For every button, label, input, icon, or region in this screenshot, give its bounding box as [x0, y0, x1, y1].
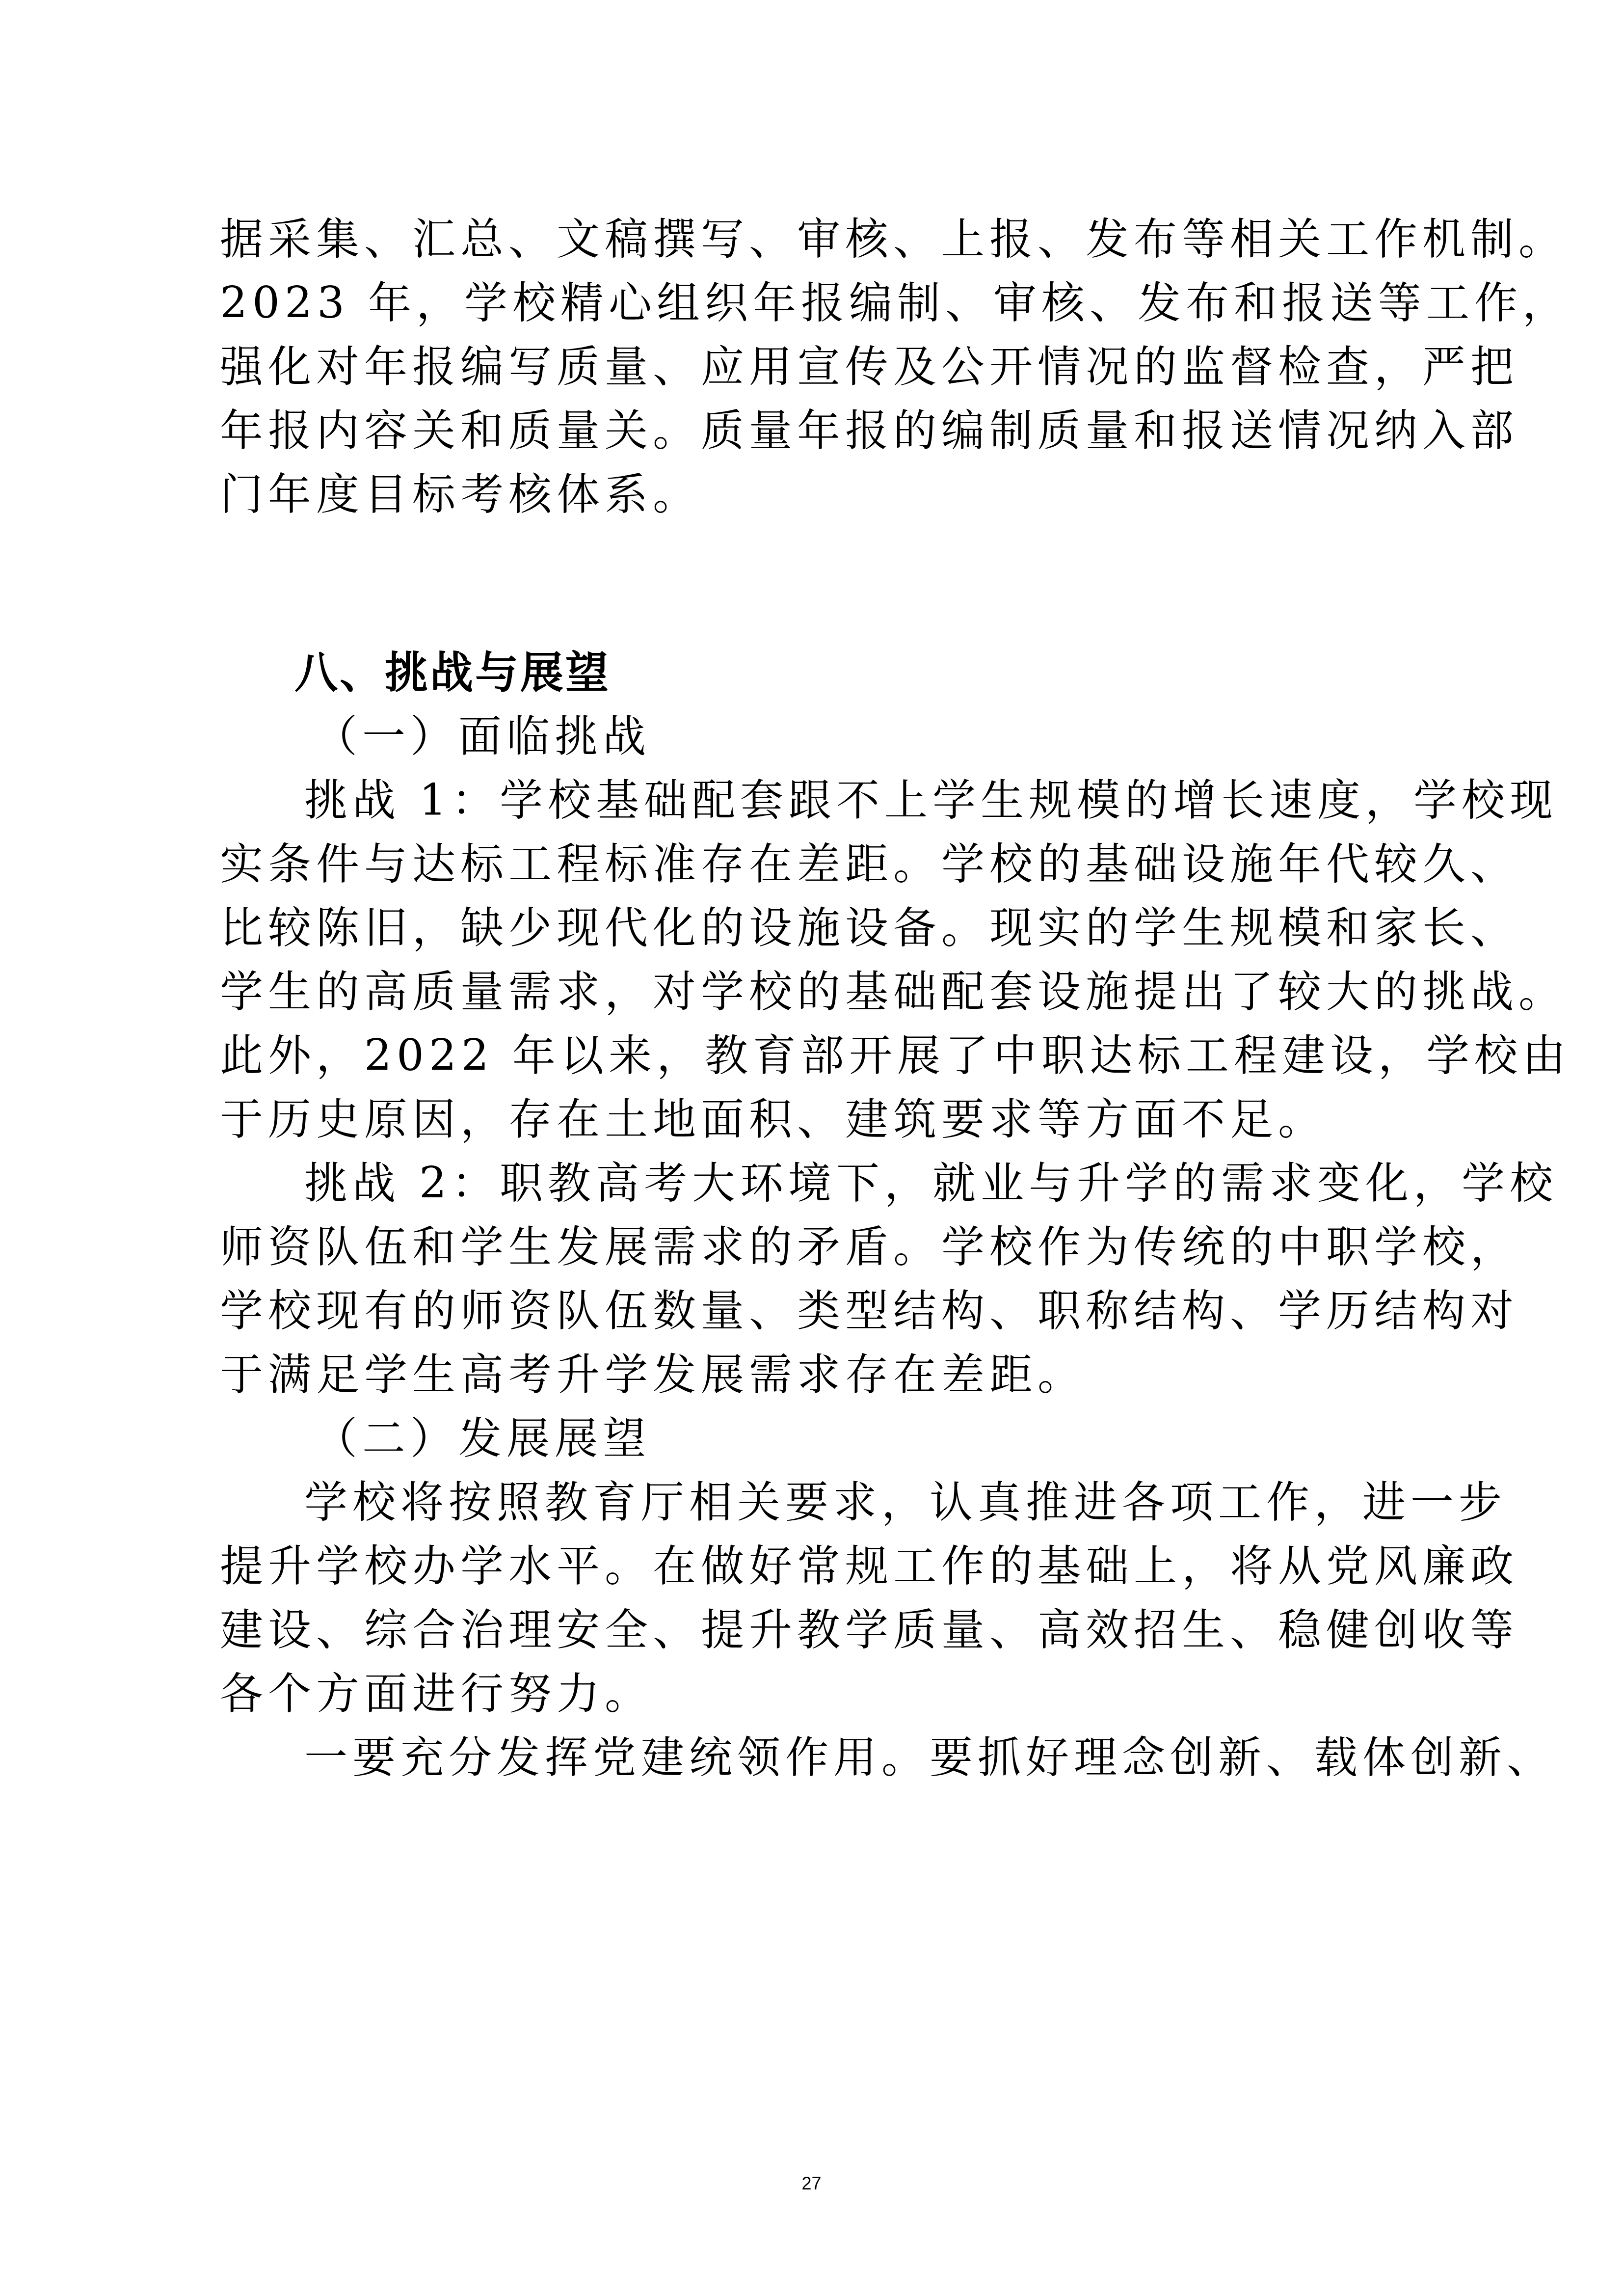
subsection-heading-outlook: （二）发展展望	[314, 1414, 651, 1463]
paragraph-line: 一要充分发挥党建统领作用。要抓好理念创新、载体创新、	[304, 1733, 1412, 1782]
paragraph-line: 据采集、汇总、文稿撰写、审核、上报、发布等相关工作机制。	[220, 215, 1412, 264]
paragraph-line: 挑战 1：学校基础配套跟不上学生规模的增长速度，学校现	[304, 776, 1412, 825]
paragraph-line: 强化对年报编写质量、应用宣传及公开情况的监督检查，严把	[220, 342, 1412, 391]
paragraph-line: 学校将按照教育厅相关要求，认真推进各项工作，进一步	[304, 1478, 1412, 1527]
paragraph-line: 挑战 2：职教高考大环境下，就业与升学的需求变化，学校	[304, 1159, 1412, 1208]
paragraph-line: 学生的高质量需求，对学校的基础配套设施提出了较大的挑战。	[220, 967, 1412, 1016]
paragraph-line: 比较陈旧，缺少现代化的设施设备。现实的学生规模和家长、	[220, 903, 1412, 952]
paragraph-line: 各个方面进行努力。	[220, 1669, 1412, 1718]
paragraph-line: 2023 年，学校精心组织年报编制、审核、发布和报送等工作，	[220, 278, 1412, 327]
paragraph-line: 年报内容关和质量关。质量年报的编制质量和报送情况纳入部	[220, 406, 1412, 455]
paragraph-line: 于满足学生高考升学发展需求存在差距。	[220, 1350, 1412, 1399]
paragraph-line: 此外，2022 年以来，教育部开展了中职达标工程建设，学校由	[220, 1031, 1412, 1080]
paragraph-line: 建设、综合治理安全、提升教学质量、高效招生、稳健创收等	[220, 1605, 1412, 1654]
paragraph-line: 实条件与达标工程标准存在差距。学校的基础设施年代较久、	[220, 839, 1412, 889]
page-number: 27	[0, 2174, 1623, 2193]
paragraph-line: 师资队伍和学生发展需求的矛盾。学校作为传统的中职学校，	[220, 1222, 1412, 1271]
document-page: 据采集、汇总、文稿撰写、审核、上报、发布等相关工作机制。 2023 年，学校精心…	[0, 0, 1623, 2296]
section-heading: 八、挑战与展望	[294, 648, 611, 697]
paragraph-line: 于历史原因，存在土地面积、建筑要求等方面不足。	[220, 1095, 1412, 1144]
paragraph-line: 提升学校办学水平。在做好常规工作的基础上，将从党风廉政	[220, 1541, 1412, 1591]
paragraph-line: 学校现有的师资队伍数量、类型结构、职称结构、学历结构对	[220, 1286, 1412, 1335]
subsection-heading-challenges: （一）面临挑战	[314, 712, 651, 761]
paragraph-line: 门年度目标考核体系。	[220, 470, 1412, 519]
